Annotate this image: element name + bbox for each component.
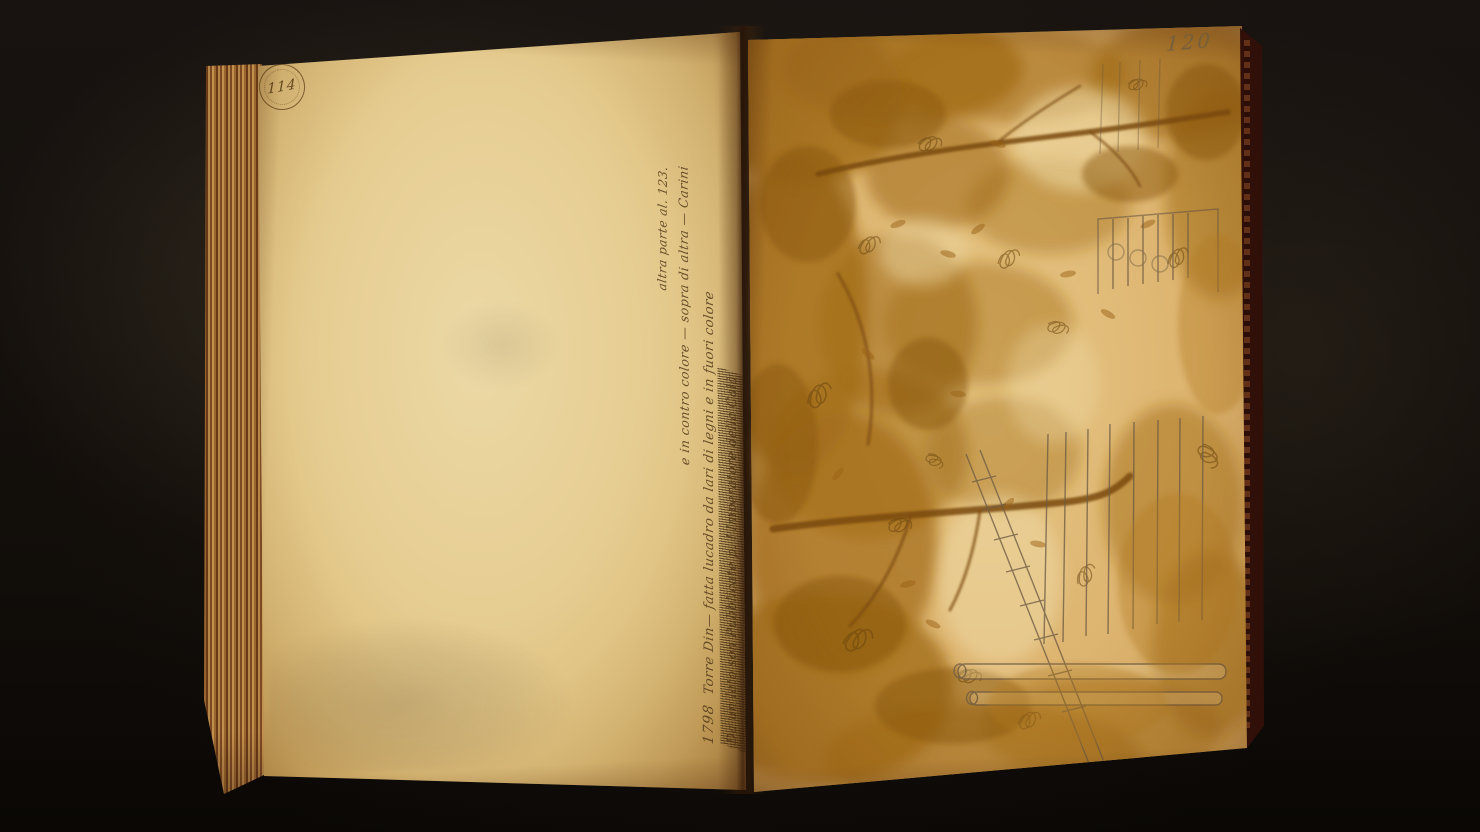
inscription-text: Torre Din— fatta lucadro da lari di legn… — [702, 290, 717, 696]
page-number: 120 — [1165, 28, 1213, 56]
stamp-number: 114 — [267, 76, 296, 97]
smudge-mark-small — [440, 300, 560, 390]
inscription-line: e in contro colore — sopra di altra — Ca… — [671, 150, 698, 746]
inscription-line: altra parte al. 123. — [647, 150, 675, 745]
right-page-shading — [748, 24, 1248, 792]
inscription-date: 1798 — [701, 703, 717, 745]
photo-backdrop: 114 altra parte al. 123. e in contro col… — [0, 0, 1480, 832]
smudge-mark — [270, 620, 570, 770]
